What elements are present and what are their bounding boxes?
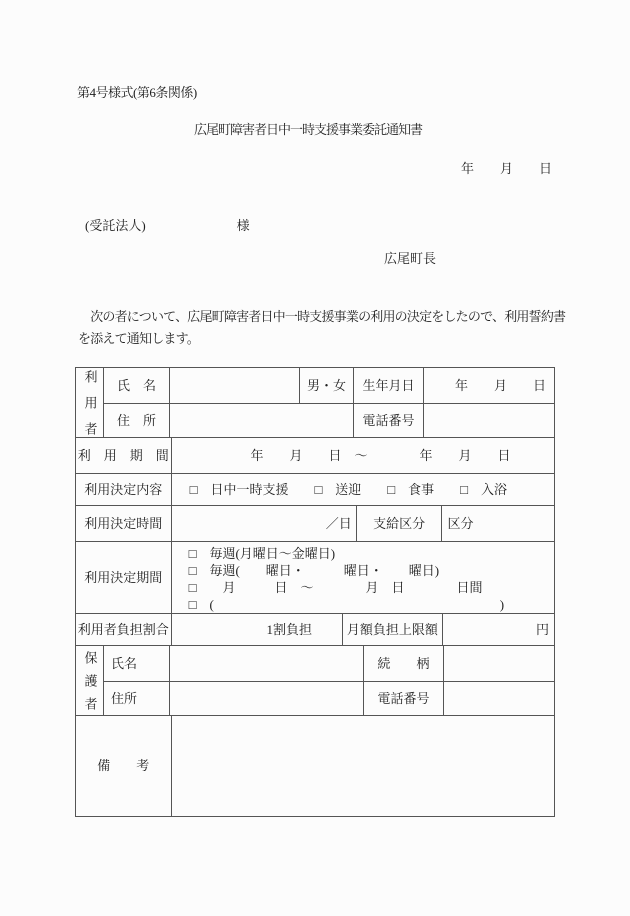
decision-period-row: 利用決定期間 □ 毎週(月曜日～金曜日) □ 毎週( 曜日・ 曜日・ 曜日) □… xyxy=(76,542,554,614)
user-name-label: 氏 名 xyxy=(104,368,170,404)
guardian-phone-label: 電話番号 xyxy=(364,682,444,716)
body-paragraph: 次の者について、広尾町障害者日中一時支援事業の利用の決定をしたので、利用誓約書 … xyxy=(78,306,565,350)
user-birthdate-label: 生年月日 xyxy=(354,368,424,404)
usage-period-label: 利 用 期 間 xyxy=(76,438,172,474)
body-line-1: 次の者について、広尾町障害者日中一時支援事業の利用の決定をしたので、利用誓約書 xyxy=(78,306,565,328)
remarks-field[interactable] xyxy=(172,716,554,816)
guardian-relation-label: 続 柄 xyxy=(364,646,444,682)
decision-period-options: □ 毎週(月曜日～金曜日) □ 毎週( 曜日・ 曜日・ 曜日) □ 月 日 ～ … xyxy=(172,542,554,614)
decision-content-checkboxes[interactable]: □ 日中一時支援 □ 送迎 □ 食事 □ 入浴 xyxy=(172,474,554,506)
guardian-address-field[interactable] xyxy=(170,682,364,716)
decision-content-label: 利用決定内容 xyxy=(76,474,172,506)
decision-content-row: 利用決定内容 □ 日中一時支援 □ 送迎 □ 食事 □ 入浴 xyxy=(76,474,554,506)
user-sex-label: 男・女 xyxy=(300,368,354,404)
burden-ratio-label: 利用者負担割合 xyxy=(76,614,172,646)
guardian-name-field[interactable] xyxy=(170,646,364,682)
body-line-2: を添えて通知します。 xyxy=(78,328,565,350)
decision-time-label: 利用決定時間 xyxy=(76,506,172,542)
issue-date-line: 年 月 日 xyxy=(0,158,630,177)
decision-table: 利用者 氏 名 男・女 生年月日 年 月 日 住 所 電話番号 利 xyxy=(75,367,555,817)
burden-ratio-value: 1割負担 xyxy=(172,614,344,646)
burden-row: 利用者負担割合 1割負担 月額負担上限額 円 xyxy=(76,614,554,646)
decision-period-option-other[interactable]: □ ( ) xyxy=(189,596,505,613)
monthly-limit-field[interactable]: 円 xyxy=(443,614,554,646)
user-group-row: 利用者 氏 名 男・女 生年月日 年 月 日 住 所 電話番号 xyxy=(76,368,554,438)
supply-category-field[interactable]: 区分 xyxy=(442,506,554,542)
guardian-phone-field[interactable] xyxy=(444,682,554,716)
decision-period-option-range[interactable]: □ 月 日 ～ 月 日 日間 xyxy=(189,579,483,596)
user-phone-label: 電話番号 xyxy=(354,404,424,438)
user-birthdate-field[interactable]: 年 月 日 xyxy=(424,368,554,404)
supply-category-label: 支給区分 xyxy=(357,506,443,542)
guardian-name-label: 氏名 xyxy=(104,646,170,682)
usage-period-field[interactable]: 年 月 日 ～ 年 月 日 xyxy=(172,438,554,474)
user-group-label: 利用者 xyxy=(76,368,104,438)
decision-time-row: 利用決定時間 ／日 支給区分 区分 xyxy=(76,506,554,542)
guardian-address-label: 住所 xyxy=(104,682,170,716)
guardian-group-row: 保護者 氏名 続 柄 住所 電話番号 xyxy=(76,646,554,716)
decision-period-option-weekly[interactable]: □ 毎週(月曜日～金曜日) xyxy=(189,545,336,562)
document-title: 広尾町障害者日中一時支援事業委託通知書 xyxy=(0,119,616,138)
guardian-relation-field[interactable] xyxy=(444,646,554,682)
user-name-field[interactable] xyxy=(170,368,300,404)
form-number: 第4号様式(第6条関係) xyxy=(77,82,197,101)
usage-period-row: 利 用 期 間 年 月 日 ～ 年 月 日 xyxy=(76,438,554,474)
decision-period-option-weekdays[interactable]: □ 毎週( 曜日・ 曜日・ 曜日) xyxy=(189,562,440,579)
decision-period-label: 利用決定期間 xyxy=(76,542,172,614)
user-address-field[interactable] xyxy=(170,404,354,438)
sender-mayor-title: 広尾町長 xyxy=(384,248,436,267)
remarks-label: 備 考 xyxy=(76,716,172,816)
monthly-limit-label: 月額負担上限額 xyxy=(343,614,442,646)
decision-time-field[interactable]: ／日 xyxy=(172,506,357,542)
notice-form-page: 第4号様式(第6条関係) 広尾町障害者日中一時支援事業委託通知書 年 月 日 (… xyxy=(0,0,630,916)
user-phone-field[interactable] xyxy=(424,404,554,438)
guardian-group-label: 保護者 xyxy=(76,646,104,716)
remarks-row: 備 考 xyxy=(76,716,554,816)
user-address-label: 住 所 xyxy=(104,404,170,438)
recipient-line: (受託法人) 様 xyxy=(85,215,250,234)
